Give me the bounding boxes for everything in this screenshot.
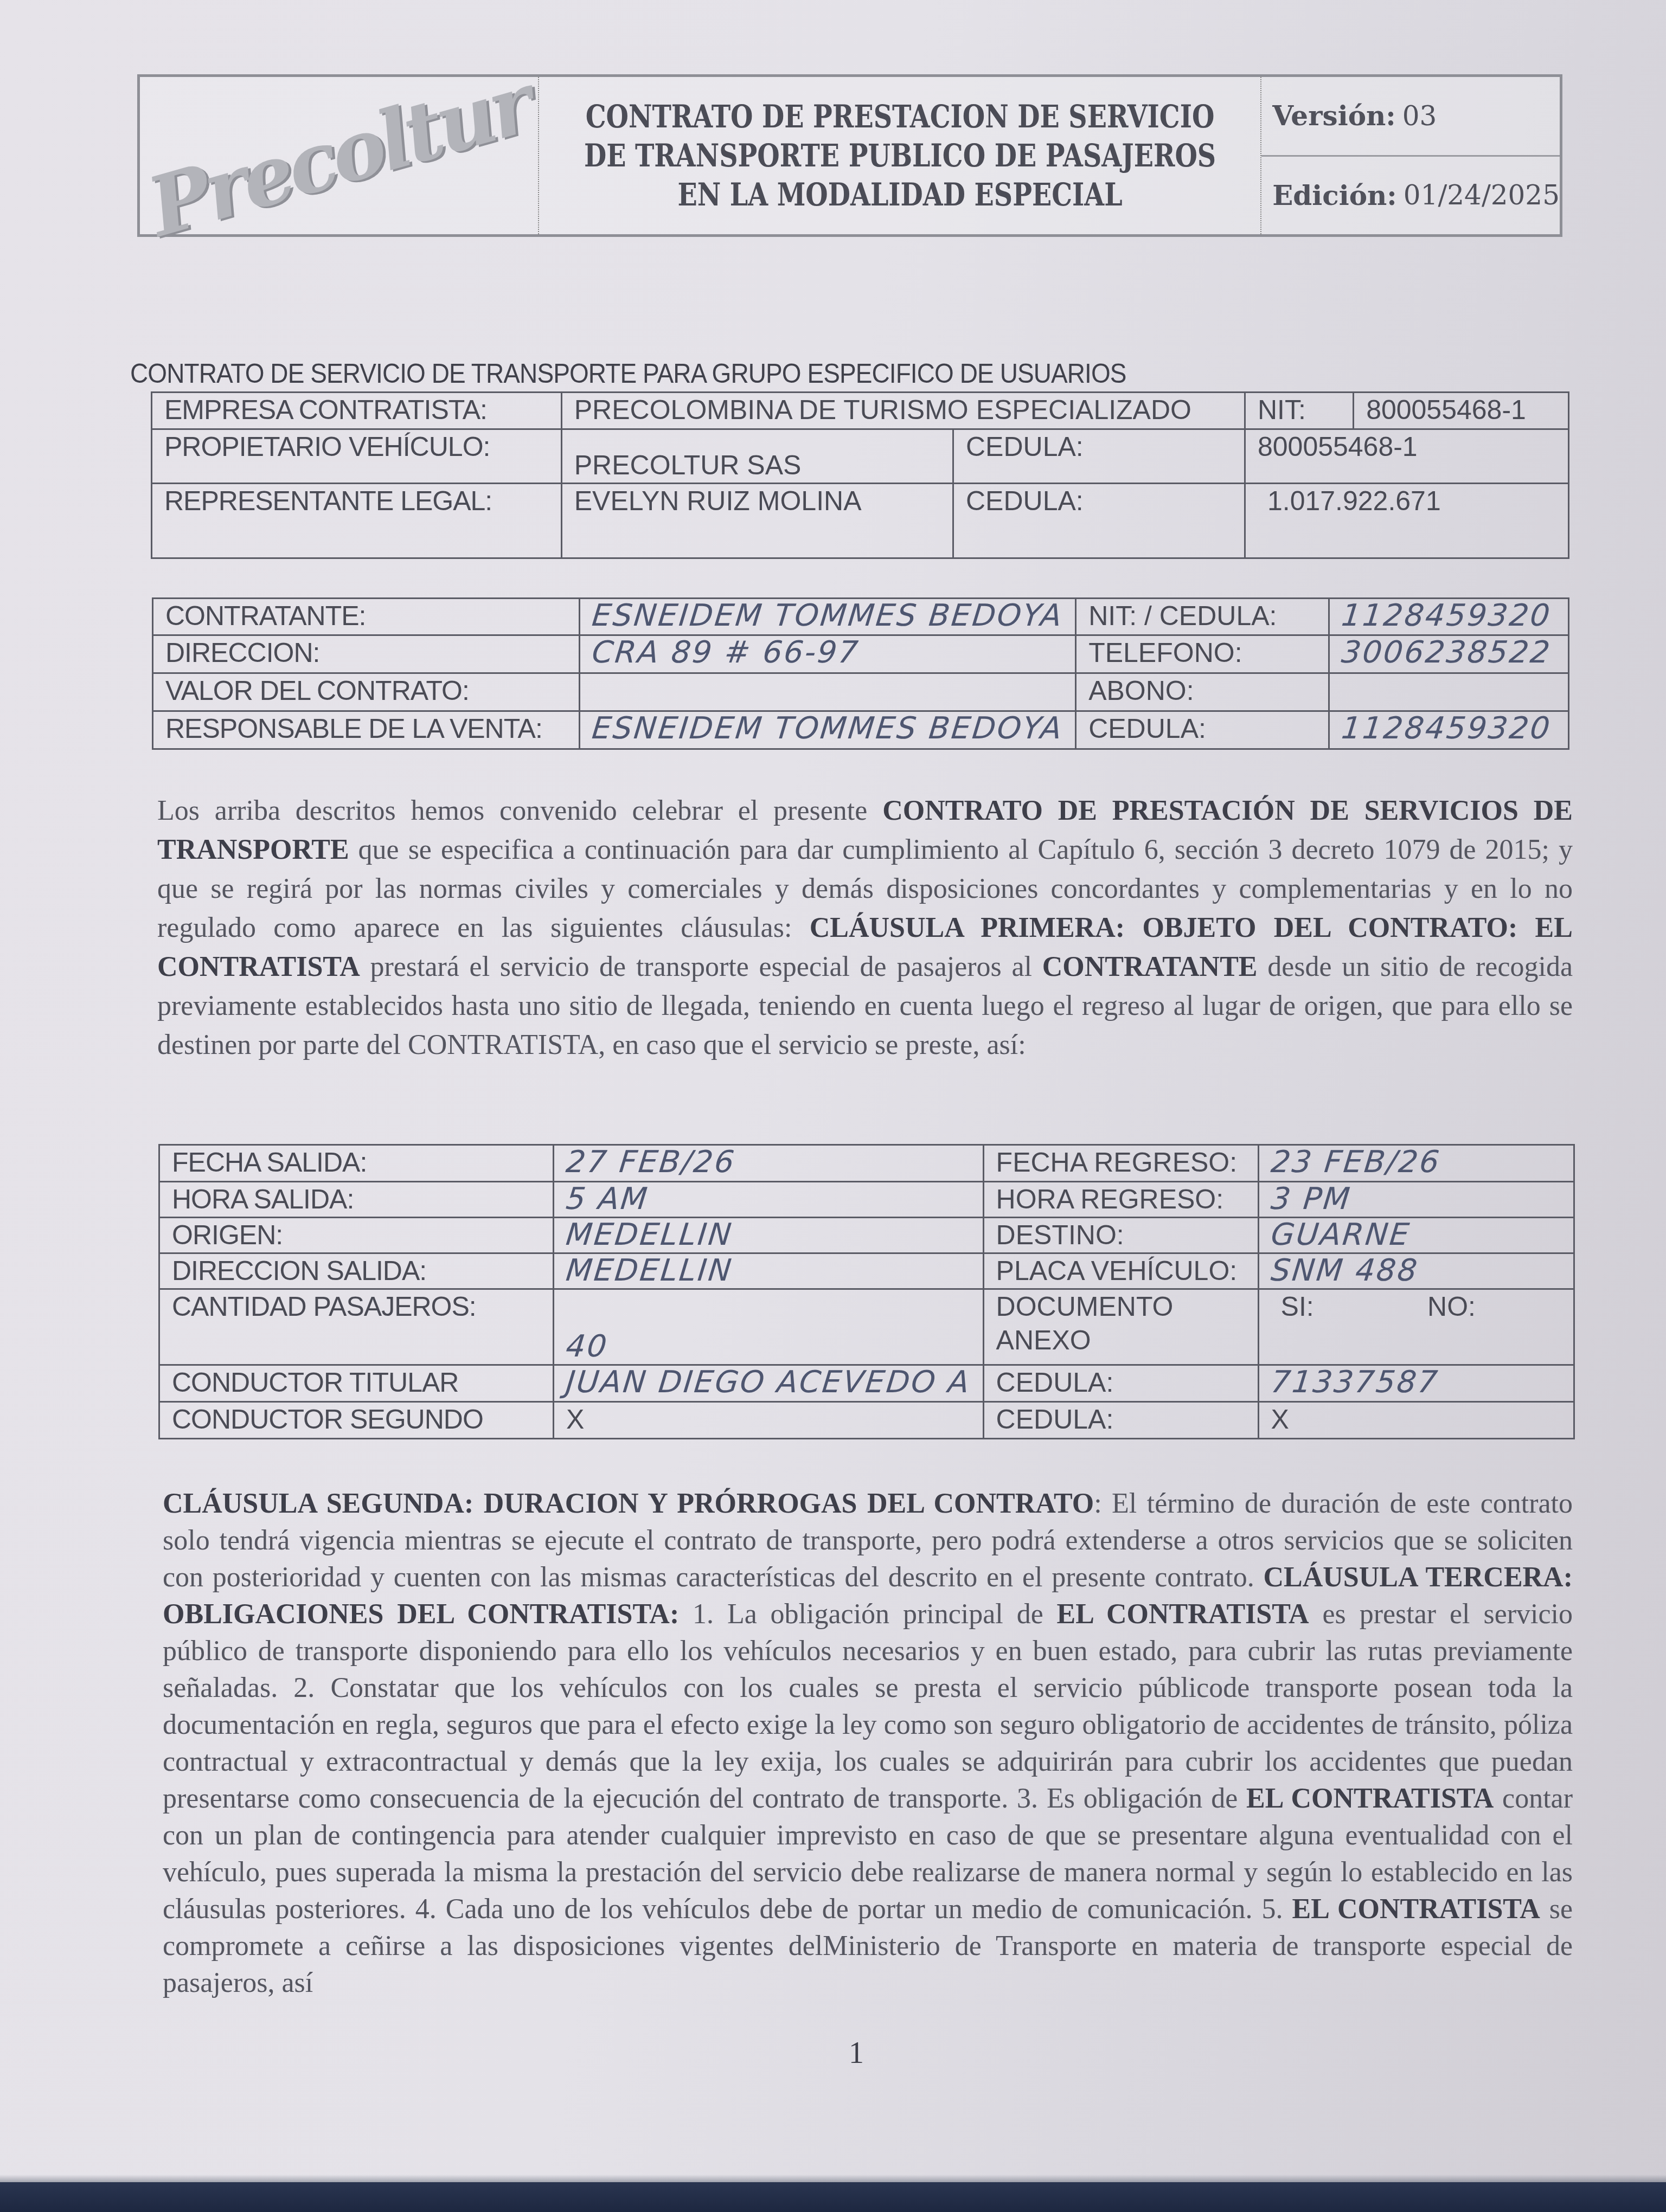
responsable-cedula-field[interactable]: 1128459320 — [1329, 711, 1569, 749]
fecha-regreso-value: 23 FEB/26 — [1269, 1146, 1442, 1179]
conductor-segundo-field[interactable]: X — [554, 1402, 984, 1439]
cantidad-field[interactable]: 40 — [554, 1289, 984, 1365]
fecha-regreso-field[interactable]: 23 FEB/26 — [1258, 1145, 1574, 1182]
hora-regreso-field[interactable]: 3 PM — [1258, 1182, 1574, 1218]
conductor-titular-label: CONDUCTOR TITULAR — [159, 1365, 554, 1402]
page-number: 1 — [849, 2036, 864, 2070]
direccion-salida-field[interactable]: MEDELLIN — [554, 1253, 984, 1289]
fecha-regreso-label: FECHA REGRESO: — [983, 1145, 1258, 1182]
hora-regreso-value: 3 PM — [1269, 1182, 1353, 1216]
hora-salida-value: 5 AM — [565, 1182, 651, 1216]
nit-cedula-label: NIT: / CEDULA: — [1076, 599, 1329, 635]
conductor-segundo-cedula-label: CEDULA: — [983, 1402, 1258, 1439]
abono-label: ABONO: — [1076, 673, 1329, 711]
nit-cedula-field[interactable]: 1128459320 — [1329, 599, 1569, 635]
responsable-cedula-value: 1128459320 — [1340, 712, 1553, 745]
cantidad-value: 40 — [565, 1330, 610, 1364]
destino-field[interactable]: GUARNE — [1258, 1218, 1574, 1253]
nit-value: 800055468-1 — [1354, 393, 1569, 429]
empresa-value: PRECOLOMBINA DE TURISMO ESPECIALIZADO — [561, 393, 1245, 429]
direccion-salida-value: MEDELLIN — [565, 1254, 735, 1288]
document-header: Precoltur CONTRATO DE PRESTACION DE SERV… — [137, 74, 1562, 237]
direccion-value: CRA 89 # 66-97 — [591, 636, 861, 670]
contratante-value: ESNEIDEM TOMMES BEDOYA — [591, 599, 1065, 633]
telefono-label: TELEFONO: — [1076, 635, 1329, 673]
intro-paragraph: Los arriba descritos hemos convenido cel… — [157, 792, 1573, 1065]
propietario-cedula-value: 800055468-1 — [1245, 429, 1568, 484]
company-logo: Precoltur — [140, 77, 539, 234]
conductor-titular-field[interactable]: JUAN DIEGO ACEVEDO A — [554, 1365, 984, 1402]
edition-cell: Edición: 01/24/2025 — [1261, 157, 1560, 235]
version-label: Versión: — [1272, 100, 1396, 132]
responsable-field[interactable]: ESNEIDEM TOMMES BEDOYA — [580, 711, 1076, 749]
logo-script-text: Precoltur — [138, 56, 540, 255]
conductor-titular-cedula-label: CEDULA: — [983, 1365, 1258, 1402]
conductor-titular-cedula-value: 71337587 — [1269, 1366, 1440, 1399]
table-surface-edge — [0, 2182, 1666, 2212]
nit-label: NIT: — [1245, 393, 1353, 429]
no-option[interactable]: NO: — [1353, 1289, 1574, 1365]
propietario-value: PRECOLTUR SAS — [561, 429, 953, 484]
representante-label: REPRESENTANTE LEGAL: — [152, 484, 562, 558]
propietario-label: PROPIETARIO VEHÍCULO: — [152, 429, 562, 484]
hora-salida-label: HORA SALIDA: — [159, 1182, 554, 1218]
document-title: CONTRATO DE PRESTACION DE SERVICIO DE TR… — [584, 97, 1215, 214]
empresa-label: EMPRESA CONTRATISTA: — [152, 393, 562, 429]
documento-anexo-label: DOCUMENTO ANEXO — [983, 1289, 1258, 1365]
representante-value: EVELYN RUIZ MOLINA — [561, 484, 953, 558]
conductor-titular-value: JUAN DIEGO ACEVEDO A — [565, 1366, 972, 1399]
telefono-field[interactable]: 3006238522 — [1329, 635, 1569, 673]
fecha-salida-field[interactable]: 27 FEB/26 — [554, 1145, 984, 1182]
direccion-label: DIRECCION: — [153, 635, 580, 673]
hora-salida-field[interactable]: 5 AM — [554, 1182, 984, 1218]
cantidad-label: CANTIDAD PASAJEROS: — [159, 1289, 554, 1365]
edition-label: Edición: — [1272, 179, 1397, 211]
placa-label: PLACA VEHÍCULO: — [983, 1253, 1258, 1289]
version-value: 03 — [1402, 100, 1437, 132]
company-table: EMPRESA CONTRATISTA: PRECOLOMBINA DE TUR… — [151, 391, 1569, 559]
representante-cedula-value: 1.017.922.671 — [1245, 484, 1568, 558]
abono-field[interactable] — [1329, 673, 1569, 711]
section-title: CONTRATO DE SERVICIO DE TRANSPORTE PARA … — [130, 358, 1126, 389]
fecha-salida-value: 27 FEB/26 — [565, 1146, 738, 1179]
direccion-salida-label: DIRECCION SALIDA: — [159, 1253, 554, 1289]
hora-regreso-label: HORA REGRESO: — [983, 1182, 1258, 1218]
contratante-label: CONTRATANTE: — [153, 599, 580, 635]
origen-field[interactable]: MEDELLIN — [554, 1218, 984, 1253]
representante-cedula-label: CEDULA: — [953, 484, 1245, 558]
valor-label: VALOR DEL CONTRATO: — [153, 673, 580, 711]
placa-field[interactable]: SNM 488 — [1258, 1253, 1574, 1289]
conductor-titular-cedula-field[interactable]: 71337587 — [1258, 1365, 1574, 1402]
clauses-paragraph: CLÁUSULA SEGUNDA: DURACION Y PRÓRROGAS D… — [163, 1486, 1573, 2002]
destino-value: GUARNE — [1269, 1218, 1412, 1252]
document-meta: Versión: 03 Edición: 01/24/2025 — [1261, 77, 1560, 234]
responsable-cedula-label: CEDULA: — [1076, 711, 1329, 749]
valor-field[interactable] — [580, 673, 1076, 711]
client-table: CONTRATANTE: ESNEIDEM TOMMES BEDOYA NIT:… — [152, 597, 1569, 750]
si-option[interactable]: SI: — [1258, 1289, 1353, 1365]
version-cell: Versión: 03 — [1261, 77, 1560, 157]
origen-value: MEDELLIN — [565, 1218, 735, 1252]
trip-table: FECHA SALIDA: 27 FEB/26 FECHA REGRESO: 2… — [158, 1144, 1575, 1439]
responsable-value: ESNEIDEM TOMMES BEDOYA — [591, 712, 1065, 745]
origen-label: ORIGEN: — [159, 1218, 554, 1253]
document-title-cell: CONTRATO DE PRESTACION DE SERVICIO DE TR… — [539, 77, 1261, 234]
placa-value: SNM 488 — [1269, 1254, 1420, 1288]
fecha-salida-label: FECHA SALIDA: — [159, 1145, 554, 1182]
destino-label: DESTINO: — [983, 1218, 1258, 1253]
conductor-segundo-label: CONDUCTOR SEGUNDO — [159, 1402, 554, 1439]
telefono-value: 3006238522 — [1340, 636, 1553, 670]
nit-cedula-value: 1128459320 — [1340, 599, 1553, 633]
propietario-cedula-label: CEDULA: — [953, 429, 1245, 484]
responsable-label: RESPONSABLE DE LA VENTA: — [153, 711, 580, 749]
edition-value: 01/24/2025 — [1404, 179, 1560, 211]
conductor-segundo-cedula-field[interactable]: X — [1258, 1402, 1574, 1439]
contratante-field[interactable]: ESNEIDEM TOMMES BEDOYA — [580, 599, 1076, 635]
direccion-field[interactable]: CRA 89 # 66-97 — [580, 635, 1076, 673]
